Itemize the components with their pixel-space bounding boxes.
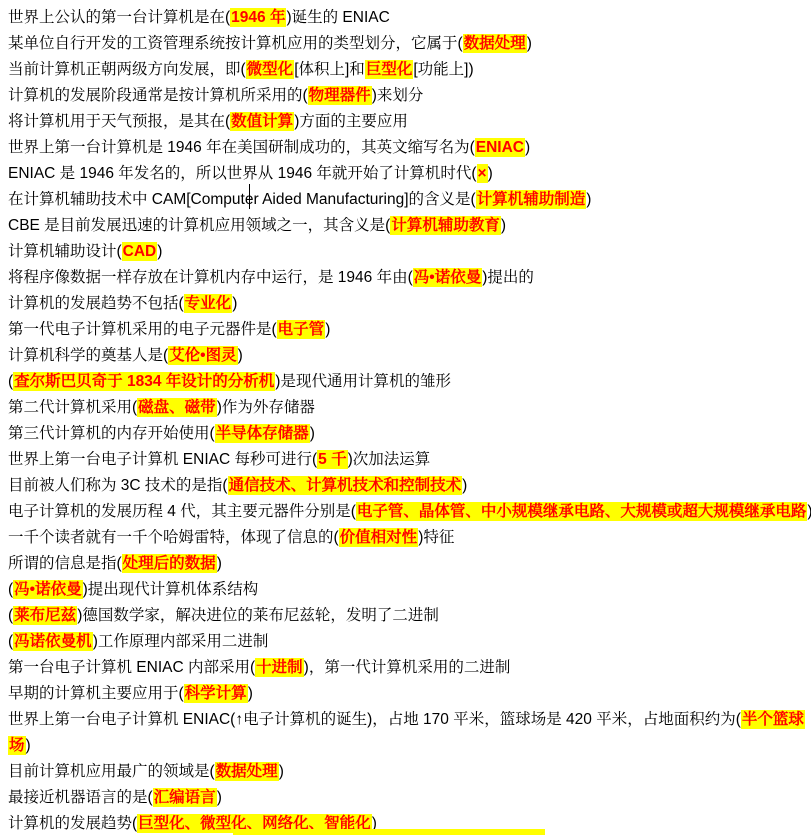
note-line: CBE 是目前发展迅速的计算机应用领域之一，其含义是(计算机辅助教育) — [8, 213, 805, 239]
note-text: 世界上第一台电子计算机 ENIAC 每秒可进行( — [8, 451, 317, 468]
note-text: )特征 — [418, 529, 454, 546]
note-text: 电子计算机的发展历程 4 代，其主要元器件分别是( — [8, 503, 356, 520]
highlighted-answer: 微型化 — [246, 60, 295, 79]
note-text: 计算机的发展趋势不包括( — [8, 295, 184, 312]
note-text: 将计算机用于天气预报，是其在( — [8, 113, 230, 130]
note-text: )提出现代计算机体系结构 — [83, 581, 259, 598]
note-text: )是现代通用计算机的雏形 — [275, 373, 451, 390]
note-text: 第二代计算机采用( — [8, 399, 137, 416]
note-line: 一千个读者就有一千个哈姆雷特，体现了信息的(价值相对性)特征 — [8, 525, 805, 551]
note-line: 在计算机辅助技术中 CAM[Computer Aided Manufacturi… — [8, 187, 805, 213]
note-text: 所谓的信息是指( — [8, 555, 122, 572]
text-cursor — [249, 184, 250, 209]
note-text: ) — [488, 165, 493, 182]
note-text: )提出的 — [482, 269, 534, 286]
note-text: ) — [462, 477, 467, 494]
note-text: 早期的计算机主要应用于( — [8, 685, 184, 702]
note-text: 在计算机辅助技术中 CAM[Computer Aided Manufacturi… — [8, 191, 476, 208]
note-line: 第三代计算机的内存开始使用(半导体存储器) — [8, 421, 805, 447]
note-text: 计算机科学的奠基人是( — [8, 347, 168, 364]
note-text: ) — [325, 321, 330, 338]
note-line: 电子计算机的发展历程 4 代，其主要元器件分别是(电子管、晶体管、中小规模继承电… — [8, 499, 805, 525]
note-text: ) — [501, 217, 506, 234]
highlighted-answer: 冯•诺依曼 — [413, 268, 482, 287]
note-text: 最接近机器语言的是( — [8, 789, 153, 806]
note-text: [体积上]和 — [294, 61, 365, 78]
note-line: 场) — [8, 733, 805, 759]
note-text: ) — [157, 243, 162, 260]
note-line: 将计算机用于天气预报，是其在(数值计算)方面的主要应用 — [8, 109, 805, 135]
note-text: )工作原理内部采用二进制 — [93, 633, 269, 650]
note-line: ENIAC 是 1946 年发名的，所以世界从 1946 年就开始了计算机时代(… — [8, 161, 805, 187]
note-text: ) — [525, 139, 530, 156]
note-text: 目前被人们称为 3C 技术的是指( — [8, 477, 228, 494]
highlighted-answer: 艾伦•图灵 — [168, 346, 237, 365]
note-text: ) — [217, 789, 222, 806]
highlighted-answer: 物理器件 — [308, 86, 372, 105]
note-text: ) — [248, 685, 253, 702]
note-text: 第一代电子计算机采用的电子元器件是( — [8, 321, 277, 338]
note-text: ) — [807, 503, 811, 520]
document-body[interactable]: 世界上公认的第一台计算机是在(1946 年)诞生的 ENIAC某单位自行开发的工… — [8, 5, 805, 835]
note-line: 第一代电子计算机采用的电子元器件是(电子管) — [8, 317, 805, 343]
highlighted-answer: 数值计算 — [230, 112, 294, 131]
highlighted-answer: 电子管、晶体管、中小规模继承电路、大规模或超大规模继承电路 — [356, 502, 808, 521]
note-line: 最接近机器语言的是(汇编语言) — [8, 785, 805, 811]
highlighted-answer: 5 千 — [317, 450, 347, 469]
highlighted-answer: 汇编语言 — [153, 788, 217, 807]
note-text: ) — [310, 425, 315, 442]
highlighted-answer: 专业化 — [184, 294, 233, 313]
note-text: )来划分 — [372, 87, 424, 104]
highlighted-answer: 莱布尼兹 — [13, 606, 77, 625]
note-text: 世界上第一台电子计算机 ENIAC(↑电子计算机的诞生)，占地 170 平米，篮… — [8, 711, 741, 728]
note-text: ) — [232, 295, 237, 312]
highlighted-answer: 处理后的数据 — [122, 554, 217, 573]
note-line: 计算机的发展趋势不包括(专业化) — [8, 291, 805, 317]
note-text: 目前计算机应用最广的领域是( — [8, 763, 215, 780]
note-text: 计算机辅助设计( — [8, 243, 122, 260]
note-text: CBE 是目前发展迅速的计算机应用领域之一，其含义是( — [8, 217, 390, 234]
note-line: 第一台电子计算机 ENIAC 内部采用(十进制)，第一代计算机采用的二进制 — [8, 655, 805, 681]
note-line: 所谓的信息是指(处理后的数据) — [8, 551, 805, 577]
note-line: 计算机科学的奠基人是(艾伦•图灵) — [8, 343, 805, 369]
note-text: 第三代计算机的内存开始使用( — [8, 425, 215, 442]
note-line: 计算机辅助设计(CAD) — [8, 239, 805, 265]
note-text: ) — [238, 347, 243, 364]
note-text: )诞生的 ENIAC — [286, 9, 389, 26]
highlighted-answer: ENIAC — [475, 138, 525, 157]
note-line: (莱布尼兹)德国数学家，解决进位的莱布尼兹轮，发明了二进制 — [8, 603, 805, 629]
note-text: ) — [586, 191, 591, 208]
note-text: ) — [217, 555, 222, 572]
note-line: 世界上第一台电子计算机 ENIAC 每秒可进行(5 千)次加法运算 — [8, 447, 805, 473]
highlighted-answer: 冯诺依曼机 — [13, 632, 93, 651]
note-line: 目前计算机应用最广的领域是(数据处理) — [8, 759, 805, 785]
highlighted-answer: 半个篮球 — [741, 710, 805, 729]
note-text: )作为外存储器 — [217, 399, 315, 416]
note-text: 当前计算机正朝两级方向发展，即( — [8, 61, 246, 78]
note-line: 世界上公认的第一台计算机是在(1946 年)诞生的 ENIAC — [8, 5, 805, 31]
highlighted-answer: CAD — [122, 242, 158, 261]
note-line: 计算机的发展阶段通常是按计算机所采用的(物理器件)来划分 — [8, 83, 805, 109]
highlighted-answer: 电子管 — [277, 320, 326, 339]
note-line: 某单位自行开发的工资管理系统按计算机应用的类型划分，它属于(数据处理) — [8, 31, 805, 57]
highlighted-answer: 半导体存储器 — [215, 424, 310, 443]
note-line: 将程序像数据一样存放在计算机内存中运行，是 1946 年由(冯•诺依曼)提出的 — [8, 265, 805, 291]
note-text: ) — [279, 763, 284, 780]
highlighted-answer: 冯•诺依曼 — [13, 580, 82, 599]
highlighted-answer: 价值相对性 — [339, 528, 419, 547]
highlighted-answer: 数据处理 — [215, 762, 279, 781]
note-text: 世界上公认的第一台计算机是在( — [8, 9, 230, 26]
note-text: )，第一代计算机采用的二进制 — [304, 659, 511, 676]
note-line: 世界上第一台电子计算机 ENIAC(↑电子计算机的诞生)，占地 170 平米，篮… — [8, 707, 805, 733]
highlighted-answer: 1946 年 — [230, 8, 286, 27]
note-text: ) — [527, 35, 532, 52]
note-text: 一千个读者就有一千个哈姆雷特，体现了信息的( — [8, 529, 339, 546]
highlighted-answer: 数据处理 — [463, 34, 527, 53]
note-text: ENIAC 是 1946 年发名的，所以世界从 1946 年就开始了计算机时代( — [8, 165, 477, 182]
note-line: 当前计算机正朝两级方向发展，即(微型化[体积上]和巨型化[功能上]) — [8, 57, 805, 83]
note-text: 计算机的发展趋势( — [8, 815, 137, 832]
note-line: (冯•诺依曼)提出现代计算机体系结构 — [8, 577, 805, 603]
highlighted-answer: 巨型化 — [365, 60, 414, 79]
note-text: 世界上第一台计算机是 1946 年在美国研制成功的，其英文缩写名为( — [8, 139, 475, 156]
note-text: ) — [26, 737, 31, 754]
highlighted-answer: 十进制 — [255, 658, 304, 677]
highlighted-answer: 计算机辅助制造 — [476, 190, 587, 209]
highlighted-answer: 科学计算 — [184, 684, 248, 703]
note-text: )德国数学家，解决进位的莱布尼兹轮，发明了二进制 — [77, 607, 439, 624]
note-line: 目前被人们称为 3C 技术的是指(通信技术、计算机技术和控制技术) — [8, 473, 805, 499]
note-text: [功能上]) — [413, 61, 473, 78]
highlighted-answer: 磁盘、磁带 — [137, 398, 217, 417]
note-line: 第二代计算机采用(磁盘、磁带)作为外存储器 — [8, 395, 805, 421]
highlighted-answer: 场 — [8, 736, 26, 755]
document-page[interactable]: 世界上公认的第一台计算机是在(1946 年)诞生的 ENIAC某单位自行开发的工… — [0, 0, 811, 835]
note-line: (冯诺依曼机)工作原理内部采用二进制 — [8, 629, 805, 655]
highlighted-answer: 计算机辅助教育 — [390, 216, 501, 235]
highlighted-answer: 通信技术、计算机技术和控制技术 — [228, 476, 463, 495]
note-text: 第一台电子计算机 ENIAC 内部采用( — [8, 659, 255, 676]
note-text: 某单位自行开发的工资管理系统按计算机应用的类型划分，它属于( — [8, 35, 463, 52]
highlighted-answer: × — [477, 164, 488, 183]
note-text: )方面的主要应用 — [294, 113, 408, 130]
note-text: 计算机的发展阶段通常是按计算机所采用的( — [8, 87, 308, 104]
note-line: 世界上第一台计算机是 1946 年在美国研制成功的，其英文缩写名为(ENIAC) — [8, 135, 805, 161]
highlighted-answer: 查尔斯巴贝奇于 1834 年设计的分析机 — [13, 372, 275, 391]
note-text: 将程序像数据一样存放在计算机内存中运行，是 1946 年由( — [8, 269, 413, 286]
partial-highlight-next-line — [233, 829, 545, 835]
note-text: )次加法运算 — [348, 451, 431, 468]
note-line: 早期的计算机主要应用于(科学计算) — [8, 681, 805, 707]
note-line: (查尔斯巴贝奇于 1834 年设计的分析机)是现代通用计算机的雏形 — [8, 369, 805, 395]
